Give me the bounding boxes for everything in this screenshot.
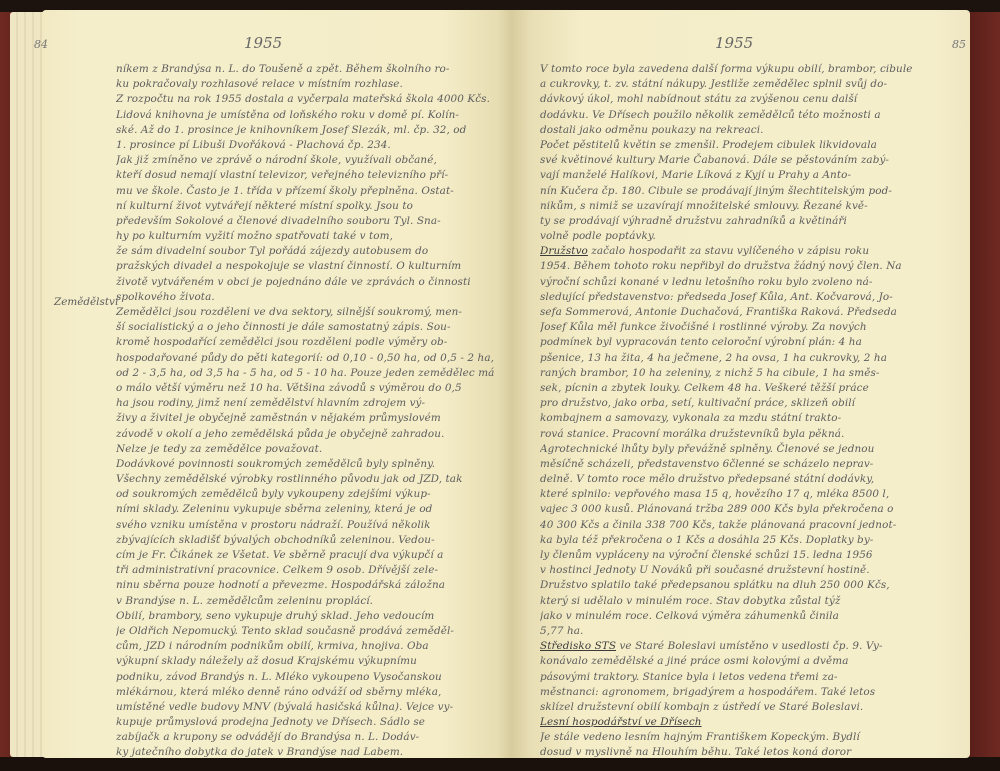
page-number: 85 (952, 38, 966, 51)
text-line: Počet pěstitelů květin se zmenšil. Prode… (540, 138, 955, 153)
right-page-text: V tomto roce byla zavedena další forma v… (540, 62, 955, 761)
line-text: podmínek byl vypracován tento celoroční … (540, 336, 862, 348)
text-line: nikům, s nimiž se uzavírají množitelské … (540, 199, 955, 214)
line-text: 1954. Během tohoto roku nepřibyl do druž… (540, 260, 902, 272)
line-text: měsíčně scházeli, představenstvo 6členné… (540, 458, 873, 470)
text-line: Dodávkové povinnosti soukromých zemědělc… (116, 457, 512, 472)
line-text: kombajnem a samovazy, vykonala za mzdu s… (540, 412, 841, 424)
text-line: v Brandýse n. L. zemědělcům zeleninu pro… (116, 594, 512, 609)
text-line: sefa Sommerová, Antonie Duchačová, Frant… (540, 305, 955, 320)
text-line: ha jsou rodiny, jimž není zemědělství hl… (116, 396, 512, 411)
line-text: nikům, s nimiž se uzavírají množitelské … (540, 200, 868, 212)
text-line: především Sokolové a členové divadelního… (116, 214, 512, 229)
line-text: který si udělalo v minulém roce. Stav do… (540, 595, 840, 607)
text-line: Družstvo splatilo také předepsanou splát… (540, 578, 955, 593)
text-line: nín Kučera čp. 180. Cibule se prodávají … (540, 184, 955, 199)
text-line: V tomto roce byla zavedena další forma v… (540, 62, 955, 77)
text-line: že sám divadelní soubor Tyl pořádá zájez… (116, 244, 512, 259)
text-line: městnanci: agronomem, brigadýrem a hospo… (540, 685, 955, 700)
text-line: pražských divadel a nespokojuje se vlast… (116, 259, 512, 274)
underlined-heading: Středisko STS (540, 640, 616, 652)
text-line: vajec 3 000 kusů. Plánovaná tržba 289 00… (540, 502, 955, 517)
line-text: sklízel družstevní obilí kombajn z ústře… (540, 701, 863, 713)
text-line: Josef Kůla měl funkce živočišné i rostli… (540, 320, 955, 335)
text-line: 1954. Během tohoto roku nepřibyl do druž… (540, 259, 955, 274)
line-text: vajec 3 000 kusů. Plánovaná tržba 289 00… (540, 503, 894, 515)
line-text: pásovými traktory. Stanice byla i letos … (540, 671, 838, 683)
text-line: rová stanice. Pracovní morálka družstevn… (540, 427, 955, 442)
text-line: dostali jako odměnu poukazy na rekreaci. (540, 123, 955, 138)
text-line: zabíjačk a krupony se odvádějí do Brandý… (116, 730, 512, 745)
text-line: od soukromých zemědělců byly vykoupeny z… (116, 487, 512, 502)
line-text: pšenice, 13 ha žita, 4 ha ječmene, 2 ha … (540, 352, 887, 364)
text-line: svého vzniku umístěna v prostoru nádraží… (116, 518, 512, 533)
text-line: níkem z Brandýsa n. L. do Toušeně a zpět… (116, 62, 512, 77)
line-text: které splnilo: vepřového masa 15 q, hově… (540, 488, 889, 500)
line-text: městnanci: agronomem, brigadýrem a hospo… (540, 686, 875, 698)
page-year-heading: 1955 (715, 34, 753, 52)
page-number: 84 (34, 38, 48, 51)
text-line: výroční schůzi konané v lednu letošního … (540, 275, 955, 290)
text-line: delně. V tomto roce mělo družstvo předep… (540, 472, 955, 487)
text-line: je Oldřich Nepomucký. Tento sklad součas… (116, 624, 512, 639)
text-line: ky jatečního dobytka do jatek v Brandýse… (116, 745, 512, 760)
text-line: ty se prodávají výhradně družstvu zahrad… (540, 214, 955, 229)
text-line: mu ve škole. Často je 1. třída v přízemí… (116, 184, 512, 199)
margin-heading-agriculture: Zemědělství (54, 296, 118, 308)
line-text: Josef Kůla měl funkce živočišné i rostli… (540, 321, 867, 333)
right-page: 85 1955 V tomto roce byla zavedena další… (512, 10, 970, 758)
text-line: raných brambor, 10 ha zeleniny, z nichž … (540, 366, 955, 381)
line-text: dodávku. Ve Dřísech použilo několik země… (540, 109, 881, 121)
text-line: Z rozpočtu na rok 1955 dostala a vyčerpa… (116, 92, 512, 107)
text-line: živy a živitel je obyčejně zaměstnán v n… (116, 411, 512, 426)
line-text: sledující představenstvo: předseda Josef… (540, 291, 893, 303)
text-line: své květinové kultury Marie Čabanová. Dá… (540, 153, 955, 168)
line-text: dostali jako odměnu poukazy na rekreaci. (540, 124, 764, 136)
text-line: Je stále vedeno lesním hajným Františkem… (540, 730, 955, 745)
text-line: podniku, závod Brandýs n. L. Mléko vykou… (116, 670, 512, 685)
text-line: o málo větší výměru než 10 ha. Většina z… (116, 381, 512, 396)
line-text: výroční schůzi konané v lednu letošního … (540, 276, 873, 288)
text-line: jako v minulém roce. Celková výměra záhu… (540, 609, 955, 624)
text-line: umístěné vedle budovy MNV (bývalá hasičs… (116, 700, 512, 715)
line-text: Počet pěstitelů květin se zmenšil. Prode… (540, 139, 877, 151)
text-line: dodávku. Ve Dřísech použilo několik země… (540, 108, 955, 123)
text-line: který si udělalo v minulém roce. Stav do… (540, 594, 955, 609)
line-text: delně. V tomto roce mělo družstvo předep… (540, 473, 874, 485)
line-text: konávalo zemědělské a jiné práce osmi ko… (540, 655, 849, 667)
text-line: kteří dosud nemají vlastní televizor, ve… (116, 168, 512, 183)
text-line: ními sklady. Zeleninu vykupuje sběrna ze… (116, 502, 512, 517)
line-text: sefa Sommerová, Antonie Duchačová, Frant… (540, 306, 897, 318)
line-text: Družstvo splatilo také předepsanou splát… (540, 579, 890, 591)
text-line: dosud v myslivně na Hlouhím běhu. Také l… (540, 745, 955, 760)
text-line: cům, JZD i národním podnikům obilí, krmi… (116, 639, 512, 654)
section-heading-line: Lesní hospodářství ve Dřísech (540, 715, 955, 730)
line-text: ka byla též překročena o 1 Kčs a dosáhla… (540, 534, 873, 546)
text-line: hospodařované půdy do pěti kategorií: od… (116, 351, 512, 366)
text-line: ly členům vypláceny na výroční členské s… (540, 548, 955, 563)
text-line: měsíčně scházeli, představenstvo 6členné… (540, 457, 955, 472)
underlined-heading: Lesní hospodářství ve Dřísech (540, 716, 702, 728)
text-line: sledující představenstvo: předseda Josef… (540, 290, 955, 305)
text-line: závodě v okolí a jeho zemědělská půda je… (116, 427, 512, 442)
text-line: ní kulturní život vytvářejí některé míst… (116, 199, 512, 214)
text-line: 5,77 ha. (540, 624, 955, 639)
line-text: své květinové kultury Marie Čabanová. Dá… (540, 154, 889, 166)
line-text: 5,77 ha. (540, 625, 583, 637)
text-line: Zemědělci jsou rozděleni ve dva sektory,… (116, 305, 512, 320)
text-line: pásovými traktory. Stanice byla i letos … (540, 670, 955, 685)
text-line: podmínek byl vypracován tento celoroční … (540, 335, 955, 350)
text-line: pšenice, 13 ha žita, 4 ha ječmene, 2 ha … (540, 351, 955, 366)
text-line: Nelze je tedy za zemědělce považovat. (116, 442, 512, 457)
line-text: ve Staré Boleslavi umístěno v usedlosti … (616, 640, 883, 652)
text-line: výkupní sklady náležely až dosud Krajské… (116, 654, 512, 669)
line-text: jako v minulém roce. Celková výměra záhu… (540, 610, 839, 622)
text-line: a cukrovky, t. zv. státní nákupy. Jestli… (540, 77, 955, 92)
text-line: kombajnem a samovazy, vykonala za mzdu s… (540, 411, 955, 426)
text-line: kupuje průmyslová prodejna Jednoty ve Dř… (116, 715, 512, 730)
line-text: dávkový úkol, mohl nabídnout státu za zv… (540, 93, 857, 105)
text-line: od 2 - 3,5 ha, od 3,5 ha - 5 ha, od 5 - … (116, 366, 512, 381)
section-heading-line: Družstvo začalo hospodařit za stavu vylí… (540, 244, 955, 259)
text-line: pro družstvo, jako orba, setí, kultivačn… (540, 396, 955, 411)
underlined-heading: Družstvo (540, 245, 588, 257)
line-text: raných brambor, 10 ha zeleniny, z nichž … (540, 367, 879, 379)
line-text: dosud v myslivně na Hlouhím běhu. Také l… (540, 746, 851, 758)
text-line: ka byla též překročena o 1 Kčs a dosáhla… (540, 533, 955, 548)
text-line: ší socialistický a o jeho činnosti je dá… (116, 320, 512, 335)
line-text: a cukrovky, t. zv. státní nákupy. Jestli… (540, 78, 887, 90)
line-text: vají manželé Halíkovi, Marie Líková z Ky… (540, 169, 851, 181)
section-heading-line: Středisko STS ve Staré Boleslavi umístěn… (540, 639, 955, 654)
text-line: kromě hospodařící zemědělci jsou rozděle… (116, 335, 512, 350)
line-text: 40 300 Kčs a činila 338 700 Kčs, takže p… (540, 519, 896, 531)
left-page-text: níkem z Brandýsa n. L. do Toušeně a zpět… (116, 62, 512, 761)
text-line: ninu sběrna pouze hodnotí a převezme. Ho… (116, 578, 512, 593)
text-line: které splnilo: vepřového masa 15 q, hově… (540, 487, 955, 502)
text-line: Agrotechnické lhůty byly převážně splněn… (540, 442, 955, 457)
line-text: V tomto roce byla zavedena další forma v… (540, 63, 913, 75)
line-text: Je stále vedeno lesním hajným Františkem… (540, 731, 860, 743)
line-text: v hostinci Jednoty U Nováků při současné… (540, 564, 870, 576)
line-text: Agrotechnické lhůty byly převážně splněn… (540, 443, 874, 455)
text-line: v hostinci Jednoty U Nováků při současné… (540, 563, 955, 578)
line-text: nín Kučera čp. 180. Cibule se prodávají … (540, 185, 892, 197)
text-line: sklízel družstevní obilí kombajn z ústře… (540, 700, 955, 715)
text-line: 1. prosince pí Libuši Dvořáková - Placho… (116, 138, 512, 153)
line-text: ly členům vypláceny na výroční členské s… (540, 549, 873, 561)
left-page: 84 1955 Zemědělství níkem z Brandýsa n. … (42, 10, 512, 758)
line-text: pro družstvo, jako orba, setí, kultivačn… (540, 397, 855, 409)
text-line: zbývajících skladišť bývalých obchodníků… (116, 533, 512, 548)
line-text: začalo hospodařit za stavu vylíčeného v … (588, 245, 869, 257)
text-line: sek, pícnin a zbytek louky. Celkem 48 ha… (540, 381, 955, 396)
page-year-heading: 1955 (244, 34, 282, 52)
line-text: volně podle poptávky. (540, 230, 656, 242)
text-line: konávalo zemědělské a jiné práce osmi ko… (540, 654, 955, 669)
text-line: ku pokračovaly rozhlasové relace v místn… (116, 77, 512, 92)
text-line: Všechny zemědělské výrobky rostlinného p… (116, 472, 512, 487)
line-text: rová stanice. Pracovní morálka družstevn… (540, 428, 844, 440)
text-line: Jak již zmíněno ve zprávě o národní škol… (116, 153, 512, 168)
text-line: Lidová knihovna je umístěna od loňského … (116, 108, 512, 123)
text-line: spolkového života. (116, 290, 512, 305)
text-line: ské. Až do 1. prosince je knihovníkem Jo… (116, 123, 512, 138)
text-line: 40 300 Kčs a činila 338 700 Kčs, takže p… (540, 518, 955, 533)
text-line: volně podle poptávky. (540, 229, 955, 244)
text-line: mlékárnou, která mléko denně ráno odváží… (116, 685, 512, 700)
text-line: hy po kulturním vyžití možno spatřovati … (116, 229, 512, 244)
text-line: životě vytvářeném v obci je pojednáno dá… (116, 275, 512, 290)
text-line: Obilí, brambory, seno vykupuje druhý skl… (116, 609, 512, 624)
text-line: dávkový úkol, mohl nabídnout státu za zv… (540, 92, 955, 107)
text-line: vají manželé Halíkovi, Marie Líková z Ky… (540, 168, 955, 183)
text-line: tři administrativní pracovnice. Celkem 9… (116, 563, 512, 578)
line-text: sek, pícnin a zbytek louky. Celkem 48 ha… (540, 382, 869, 394)
line-text: ty se prodávají výhradně družstvu zahrad… (540, 215, 847, 227)
text-line: cím je Fr. Čikánek ze Všetat. Ve sběrně … (116, 548, 512, 563)
